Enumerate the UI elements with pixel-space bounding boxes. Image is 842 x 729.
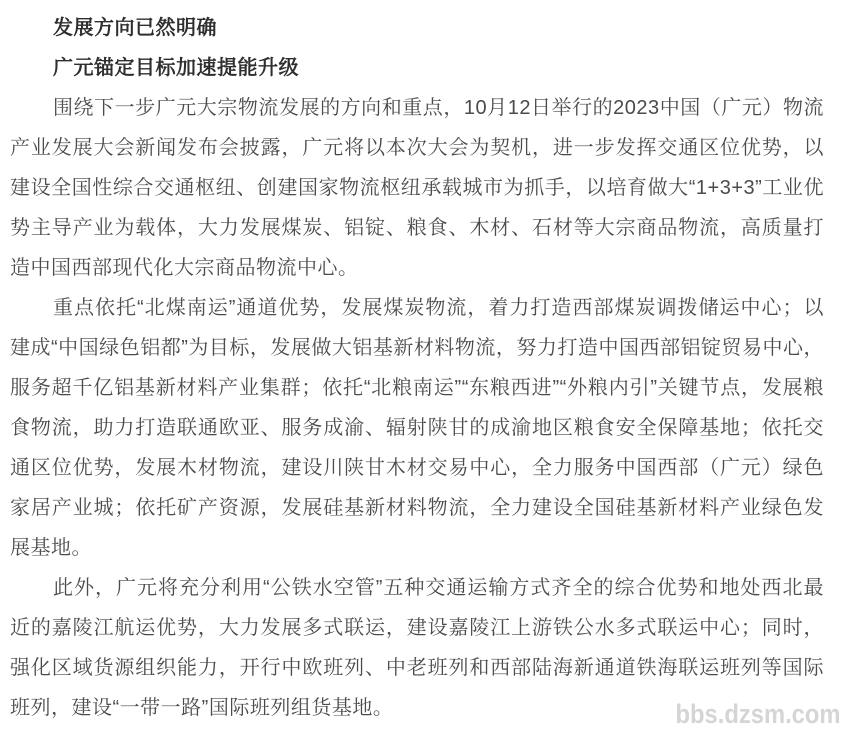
article-body: 发展方向已然明确 广元锚定目标加速提能升级 围绕下一步广元大宗物流发展的方向和重…	[0, 0, 842, 728]
site-watermark: bbs.dzsm.com	[676, 701, 841, 728]
article-paragraph-2: 重点依托“北煤南运”通道优势，发展煤炭物流，着力打造西部煤炭调拨储运中心；以建成…	[10, 288, 824, 568]
article-paragraph-1: 围绕下一步广元大宗物流发展的方向和重点，10月12日举行的2023中国（广元）物…	[10, 88, 824, 288]
article-heading-line-2: 广元锚定目标加速提能升级	[10, 48, 824, 88]
article-heading-line-1: 发展方向已然明确	[10, 8, 824, 48]
